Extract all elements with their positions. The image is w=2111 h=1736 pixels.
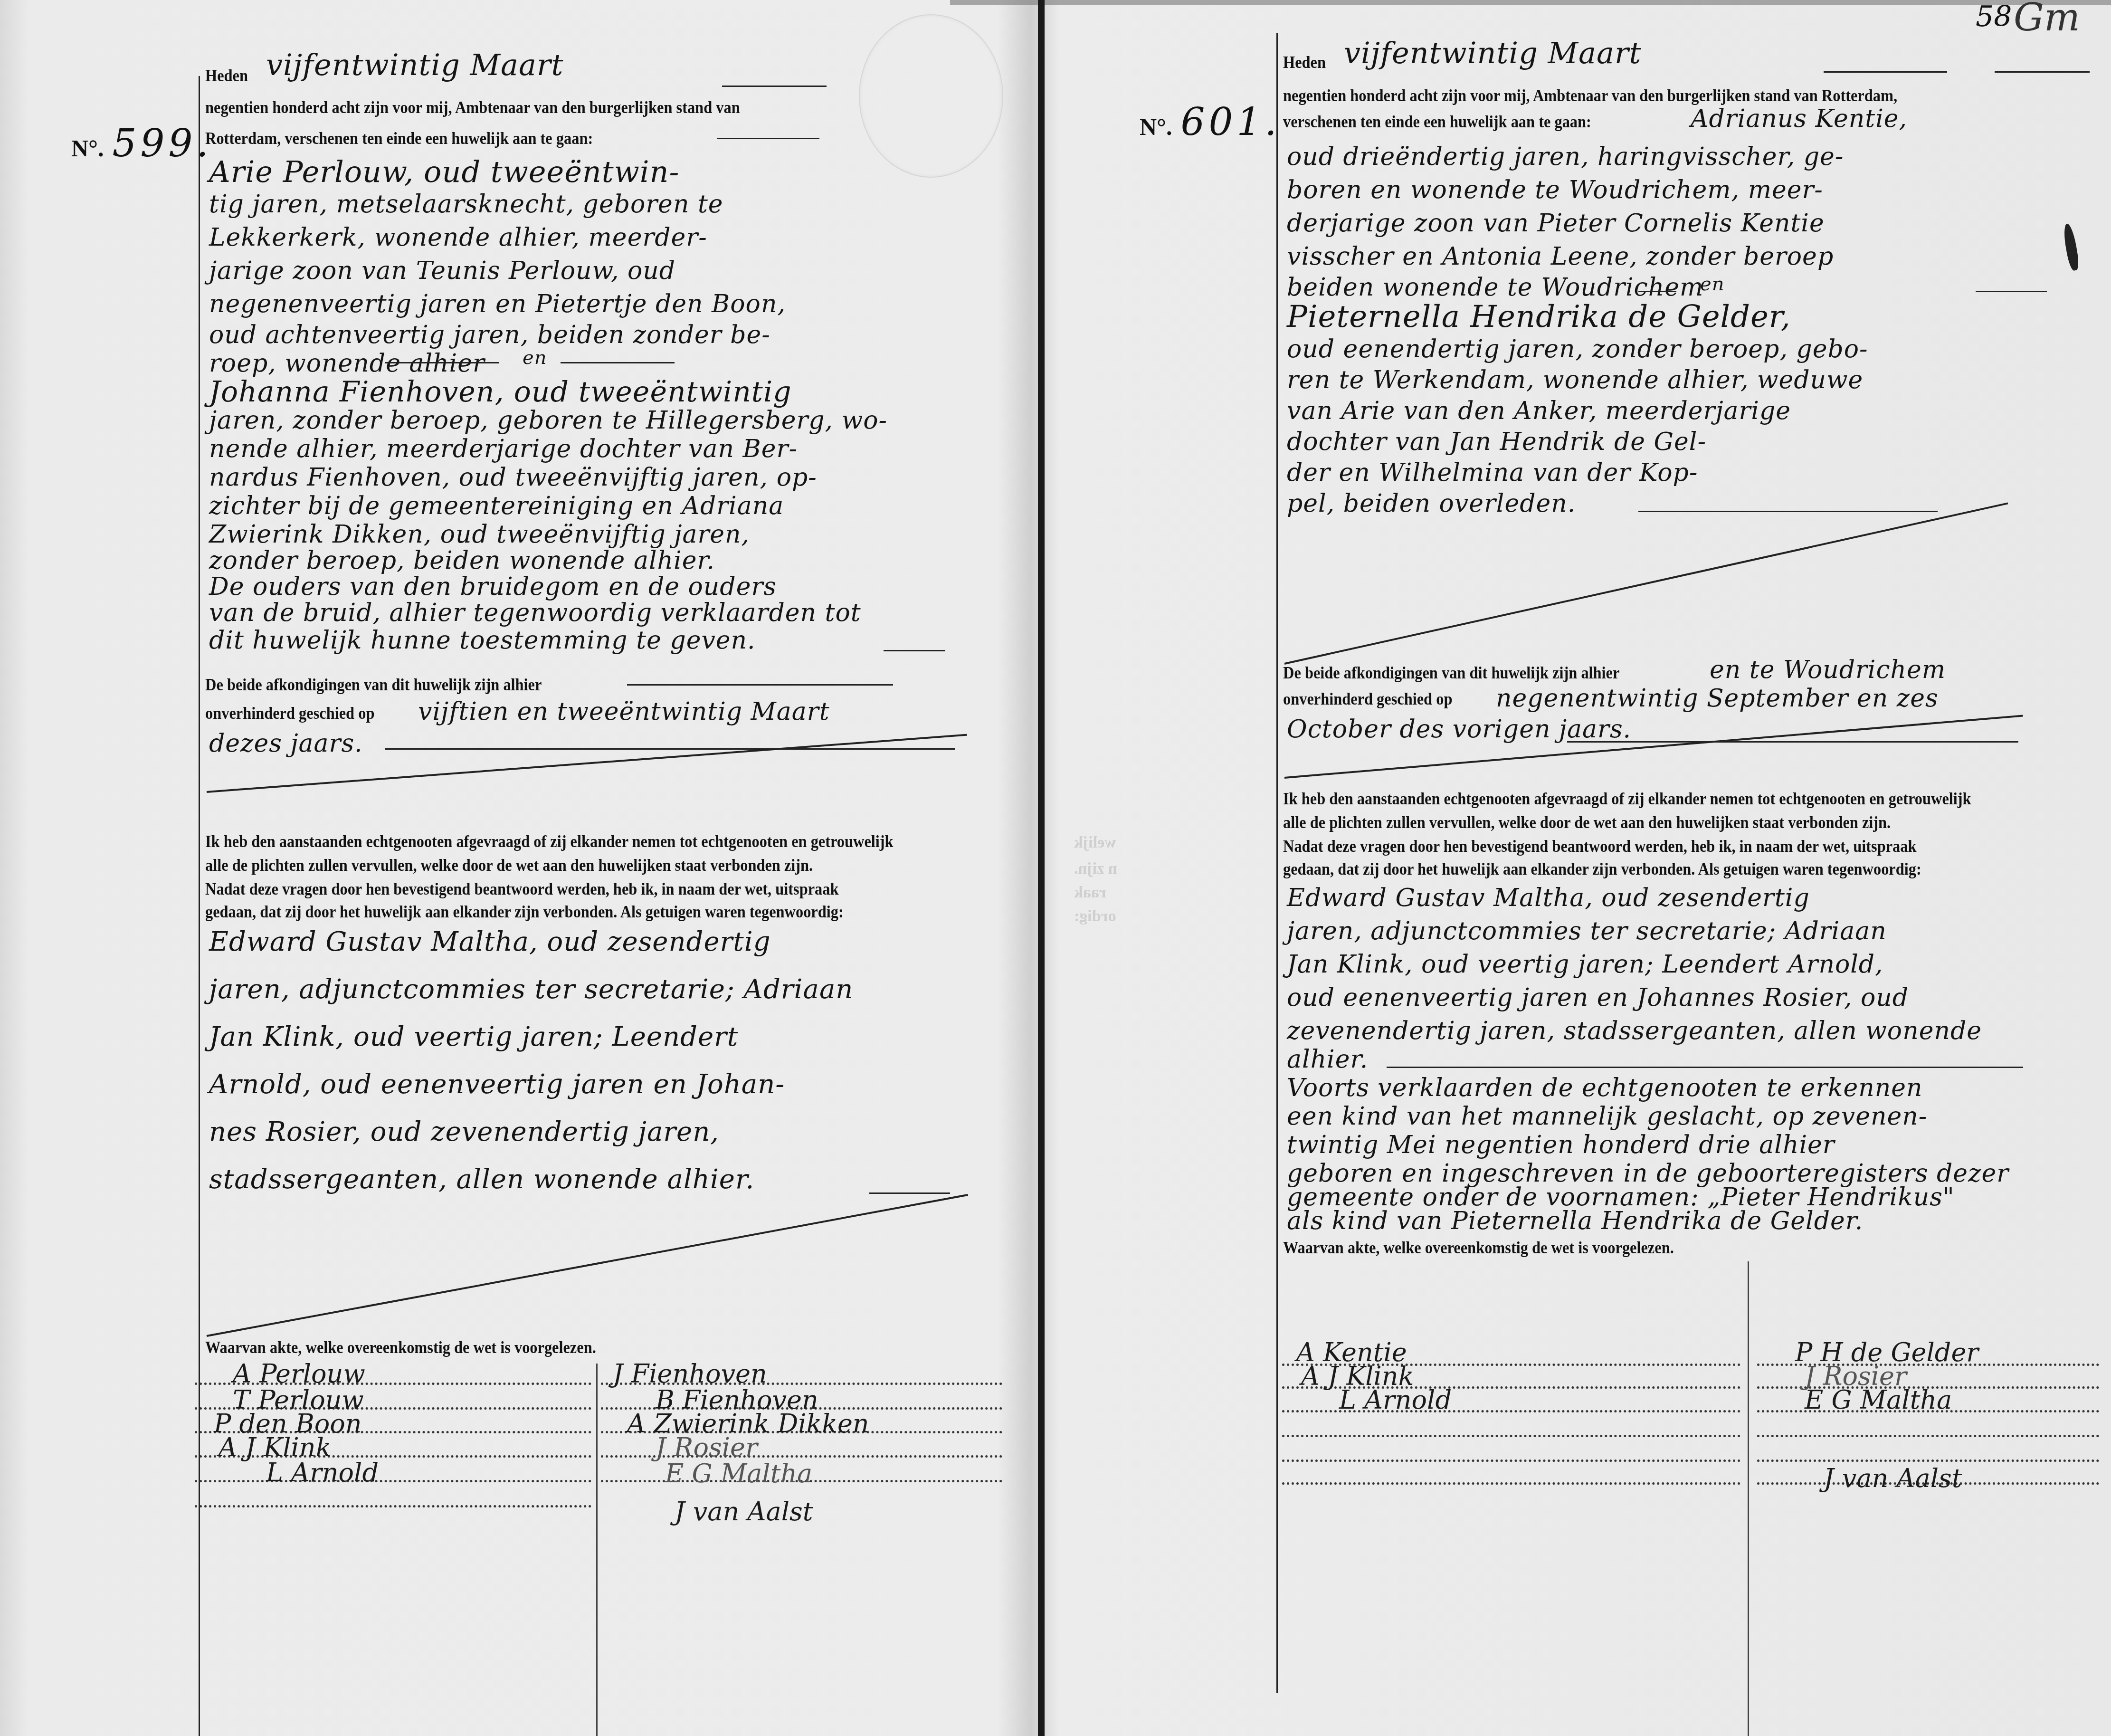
margin-rule <box>1276 33 1278 1693</box>
printed-heden: Heden <box>205 66 248 86</box>
signature: J van Aalst <box>675 1497 813 1526</box>
hand-line: beiden wonende te Woudrichem <box>1287 273 1703 302</box>
hand-line: oud eenendertig jaren, zonder beroep, ge… <box>1287 335 1868 363</box>
signature: L Arnold <box>266 1458 379 1488</box>
printed-vows-3: Nadat deze vragen door hen bevestigend b… <box>1283 836 1917 856</box>
printed-line2: negentien honderd acht zijn voor mij, Am… <box>205 97 740 117</box>
hand-line: Arie Perlouw, oud tweeëntwin- <box>209 154 679 189</box>
signature: J Rosier <box>656 1432 758 1462</box>
printed-vows-2: alle de plichten zullen vervullen, welke… <box>205 855 813 875</box>
signature: E G Maltha <box>1805 1385 1952 1415</box>
hand-line: derjarige zoon van Pieter Cornelis Kenti… <box>1287 209 1825 238</box>
hand-line: jaren, adjunctcommies ter secretarie; Ad… <box>1287 917 1887 945</box>
fill-line <box>627 684 893 686</box>
fill-line <box>1824 71 1947 73</box>
record-number: N°.599. <box>71 121 212 165</box>
hand-line: een kind van het mannelijk geslacht, op … <box>1287 1102 1927 1131</box>
page-number: 58 <box>1976 0 2012 33</box>
signature: L Arnold <box>1339 1385 1452 1415</box>
printed-line2: negentien honderd acht zijn voor mij, Am… <box>1283 86 1897 105</box>
hand-line: Zwierink Dikken, oud tweeënvijftig jaren… <box>209 520 750 549</box>
signature-divider <box>596 1364 598 1736</box>
hand-line: Arnold, oud eenenveertig jaren en Johan- <box>209 1069 785 1100</box>
signature-line <box>1282 1459 1740 1462</box>
hand-banns-place: en te Woudrichem <box>1710 656 1946 684</box>
printed-heden: Heden <box>1283 52 1326 72</box>
printed-afkondigingen-1: De beide afkondigingen van dit huwelijk … <box>1283 663 1619 683</box>
hand-line: nende alhier, meerderjarige dochter van … <box>209 435 798 463</box>
signature: E G Maltha <box>665 1459 812 1488</box>
hand-line: zevenendertig jaren, stadssergeanten, al… <box>1287 1017 1982 1045</box>
signature-line <box>195 1480 591 1482</box>
clerk-initials: Gm <box>2014 0 2080 39</box>
printed-afkondigingen-2: onverhinderd geschied op <box>205 703 374 723</box>
fill-line <box>717 138 819 139</box>
printed-afkondigingen-1: De beide afkondigingen van dit huwelijk … <box>205 675 542 695</box>
signature: A Perlouw <box>233 1359 365 1389</box>
hand-line: negenenveertig jaren en Pietertje den Bo… <box>209 290 786 318</box>
fill-line <box>869 1192 950 1194</box>
fill-line <box>385 362 499 363</box>
hand-line: Johanna Fienhoven, oud tweeëntwintig <box>209 375 792 409</box>
hand-date: vijfentwintig Maart <box>1344 36 1642 70</box>
hand-line: dochter van Jan Hendrik de Gel- <box>1287 428 1706 456</box>
strike-line <box>207 1194 968 1337</box>
signature-line <box>195 1505 591 1507</box>
hand-line: boren en wonende te Woudrichem, meer- <box>1287 176 1823 204</box>
signature-line <box>1757 1435 2099 1437</box>
record-number-value: 599. <box>113 121 212 165</box>
hand-line: visscher en Antonia Leene, zonder beroep <box>1287 242 1834 271</box>
printed-vows-4: gedaan, dat zij door het huwelijk aan el… <box>1283 859 1921 879</box>
hand-line: Jan Klink, oud veertig jaren; Leendert <box>209 1021 738 1052</box>
hand-line: Jan Klink, oud veertig jaren; Leendert A… <box>1287 950 1883 979</box>
fill-line <box>1638 511 1938 512</box>
record-number: N°.601. <box>1140 100 1281 144</box>
signature-line <box>1282 1482 1740 1485</box>
hand-line: der en Wilhelmina van der Kop- <box>1287 458 1698 487</box>
fill-line <box>884 650 945 651</box>
hand-groom: Adrianus Kentie, <box>1691 105 1907 133</box>
signature: J Fienhoven <box>613 1359 767 1389</box>
record-number-value: 601. <box>1181 100 1281 144</box>
hand-line: jaren, adjunctcommies ter secretarie; Ad… <box>209 974 853 1005</box>
hand-line: van de bruid, alhier tegenwoordig verkla… <box>209 599 861 627</box>
hand-line: De ouders van den bruidegom en de ouders <box>209 572 777 601</box>
hand-line: oud eenenveertig jaren en Johannes Rosie… <box>1287 983 1909 1012</box>
ink-blot <box>2062 223 2080 271</box>
fill-line <box>385 748 955 750</box>
hand-line: van Arie van den Anker, meerderjarige <box>1287 397 1791 425</box>
printed-closing: Waarvan akte, welke overeenkomstig de we… <box>205 1337 596 1357</box>
fill-line <box>1995 71 2090 73</box>
hand-line: nardus Fienhoven, oud tweeënvijftig jare… <box>209 463 817 492</box>
hand-line: alhier. <box>1287 1045 1368 1074</box>
fill-line <box>1638 291 1676 292</box>
signature-line <box>1282 1435 1740 1437</box>
hand-line: Pieternella Hendrika de Gelder, <box>1287 299 1791 334</box>
fill-line <box>1387 1067 2023 1068</box>
hand-line: zonder beroep, beiden wonende alhier. <box>209 546 715 575</box>
hand-line: jaren, zonder beroep, geboren te Hillege… <box>209 406 887 435</box>
signature: J van Aalst <box>1824 1463 1962 1493</box>
hand-line: twintig Mei negentien honderd drie alhie… <box>1287 1131 1835 1159</box>
hand-line: ren te Werkendam, wonende alhier, weduwe <box>1287 366 1863 394</box>
printed-vows-1: Ik heb den aanstaanden echtgenooten afge… <box>205 831 894 851</box>
fill-line <box>1567 741 2018 743</box>
hand-line: Edward Gustav Maltha, oud zesendertig <box>209 926 771 957</box>
margin-rule <box>199 76 200 1736</box>
hand-line: oud drieëndertig jaren, haringvisscher, … <box>1287 143 1844 171</box>
conjunction: en <box>1700 273 1724 295</box>
hand-line: roep, wonende alhier <box>209 349 485 378</box>
fill-line <box>561 362 675 363</box>
hand-line: pel, beiden overleden. <box>1287 489 1576 518</box>
hand-line: jarige zoon van Teunis Perlouw, oud <box>209 257 675 285</box>
printed-vows-4: gedaan, dat zij door het huwelijk aan el… <box>205 902 844 922</box>
signature-divider <box>1748 1261 1749 1736</box>
hand-banns-date-1: vijftien en tweeëntwintig Maart <box>418 697 830 726</box>
conjunction: en <box>523 347 547 369</box>
hand-line: dit huwelijk hunne toestemming te geven. <box>209 626 756 655</box>
hand-line: Lekkerkerk, wonende alhier, meerder- <box>209 223 707 252</box>
printed-vows-3: Nadat deze vragen door hen bevestigend b… <box>205 879 839 899</box>
hand-banns-date-2: dezes jaars. <box>209 729 363 758</box>
hand-line: zichter bij de gemeentereiniging en Adri… <box>209 492 784 520</box>
hand-date: vijfentwintig Maart <box>266 48 564 82</box>
hand-banns-date-1: negenentwintig September en zes <box>1496 684 1939 713</box>
right-page: 58 Gm N°.601. Heden vijfentwintig Maart … <box>1045 0 2111 1736</box>
hand-line: Voorts verklaarden de echtgenooten te er… <box>1287 1074 1923 1102</box>
fill-line <box>722 86 827 87</box>
strike-line <box>1284 502 2008 665</box>
printed-closing: Waarvan akte, welke overeenkomstig de we… <box>1283 1238 1674 1258</box>
hand-line: tig jaren, metselaarsknecht, geboren te <box>209 190 723 219</box>
hand-line: nes Rosier, oud zevenendertig jaren, <box>209 1116 719 1147</box>
fill-line <box>1976 291 2047 292</box>
hand-line: stadssergeanten, allen wonende alhier. <box>209 1164 754 1195</box>
hand-line: Edward Gustav Maltha, oud zesendertig <box>1287 884 1810 912</box>
printed-line3: verschenen ten einde een huwelijk aan te… <box>1283 112 1591 132</box>
hand-line: als kind van Pieternella Hendrika de Gel… <box>1287 1207 1863 1235</box>
hand-line: oud achtenveertig jaren, beiden zonder b… <box>209 321 770 349</box>
hand-banns-date-2: October des vorigen jaars. <box>1287 715 1631 744</box>
printed-line3: Rotterdam, verschenen ten einde een huwe… <box>205 128 593 148</box>
left-page: N°.599. Heden vijfentwintig Maart negent… <box>0 0 1038 1736</box>
signature-line <box>1757 1459 2099 1462</box>
printed-vows-2: alle de plichten zullen vervullen, welke… <box>1283 812 1891 832</box>
printed-vows-1: Ik heb den aanstaanden echtgenooten afge… <box>1283 789 1971 809</box>
book-gutter <box>1038 0 1045 1736</box>
printed-afkondigingen-2: onverhinderd geschied op <box>1283 689 1452 709</box>
